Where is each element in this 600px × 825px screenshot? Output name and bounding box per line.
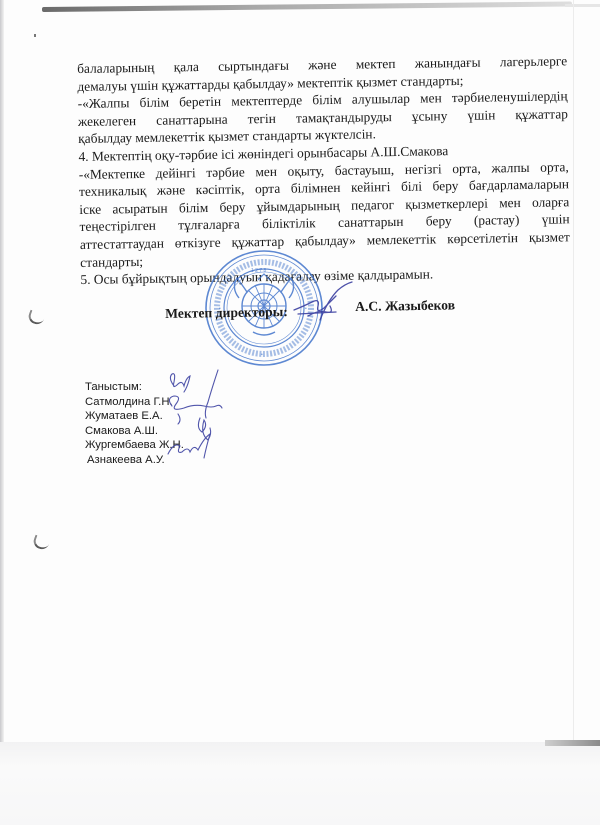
scan-left-edge-shadow	[0, 0, 4, 825]
punch-hole-mark-lower	[31, 535, 50, 552]
scanned-document-page: балаларының қала сыртындағы және мектеп …	[0, 0, 600, 825]
paragraph-free-meals: -«Жалпы білім беретін мектептерде білім …	[78, 87, 569, 147]
scan-speck	[34, 34, 36, 37]
director-name: А.С. Жазыбеков	[355, 297, 455, 315]
scan-top-streak-end	[565, 4, 600, 7]
scan-bottom-right-streak	[545, 740, 600, 746]
svg-text:•: •	[261, 352, 263, 358]
scan-bottom-band	[0, 742, 600, 825]
svg-text:1 2 7 8: 1 2 7 8	[251, 268, 267, 274]
scan-top-streak	[42, 1, 572, 12]
staff-handwritten-signatures-icon	[160, 368, 250, 468]
director-title: Мектеп директоры:	[165, 304, 288, 322]
director-handwritten-signature-icon	[290, 280, 360, 330]
punch-hole-mark-upper	[26, 310, 45, 327]
scan-right-edge-line	[573, 0, 574, 825]
